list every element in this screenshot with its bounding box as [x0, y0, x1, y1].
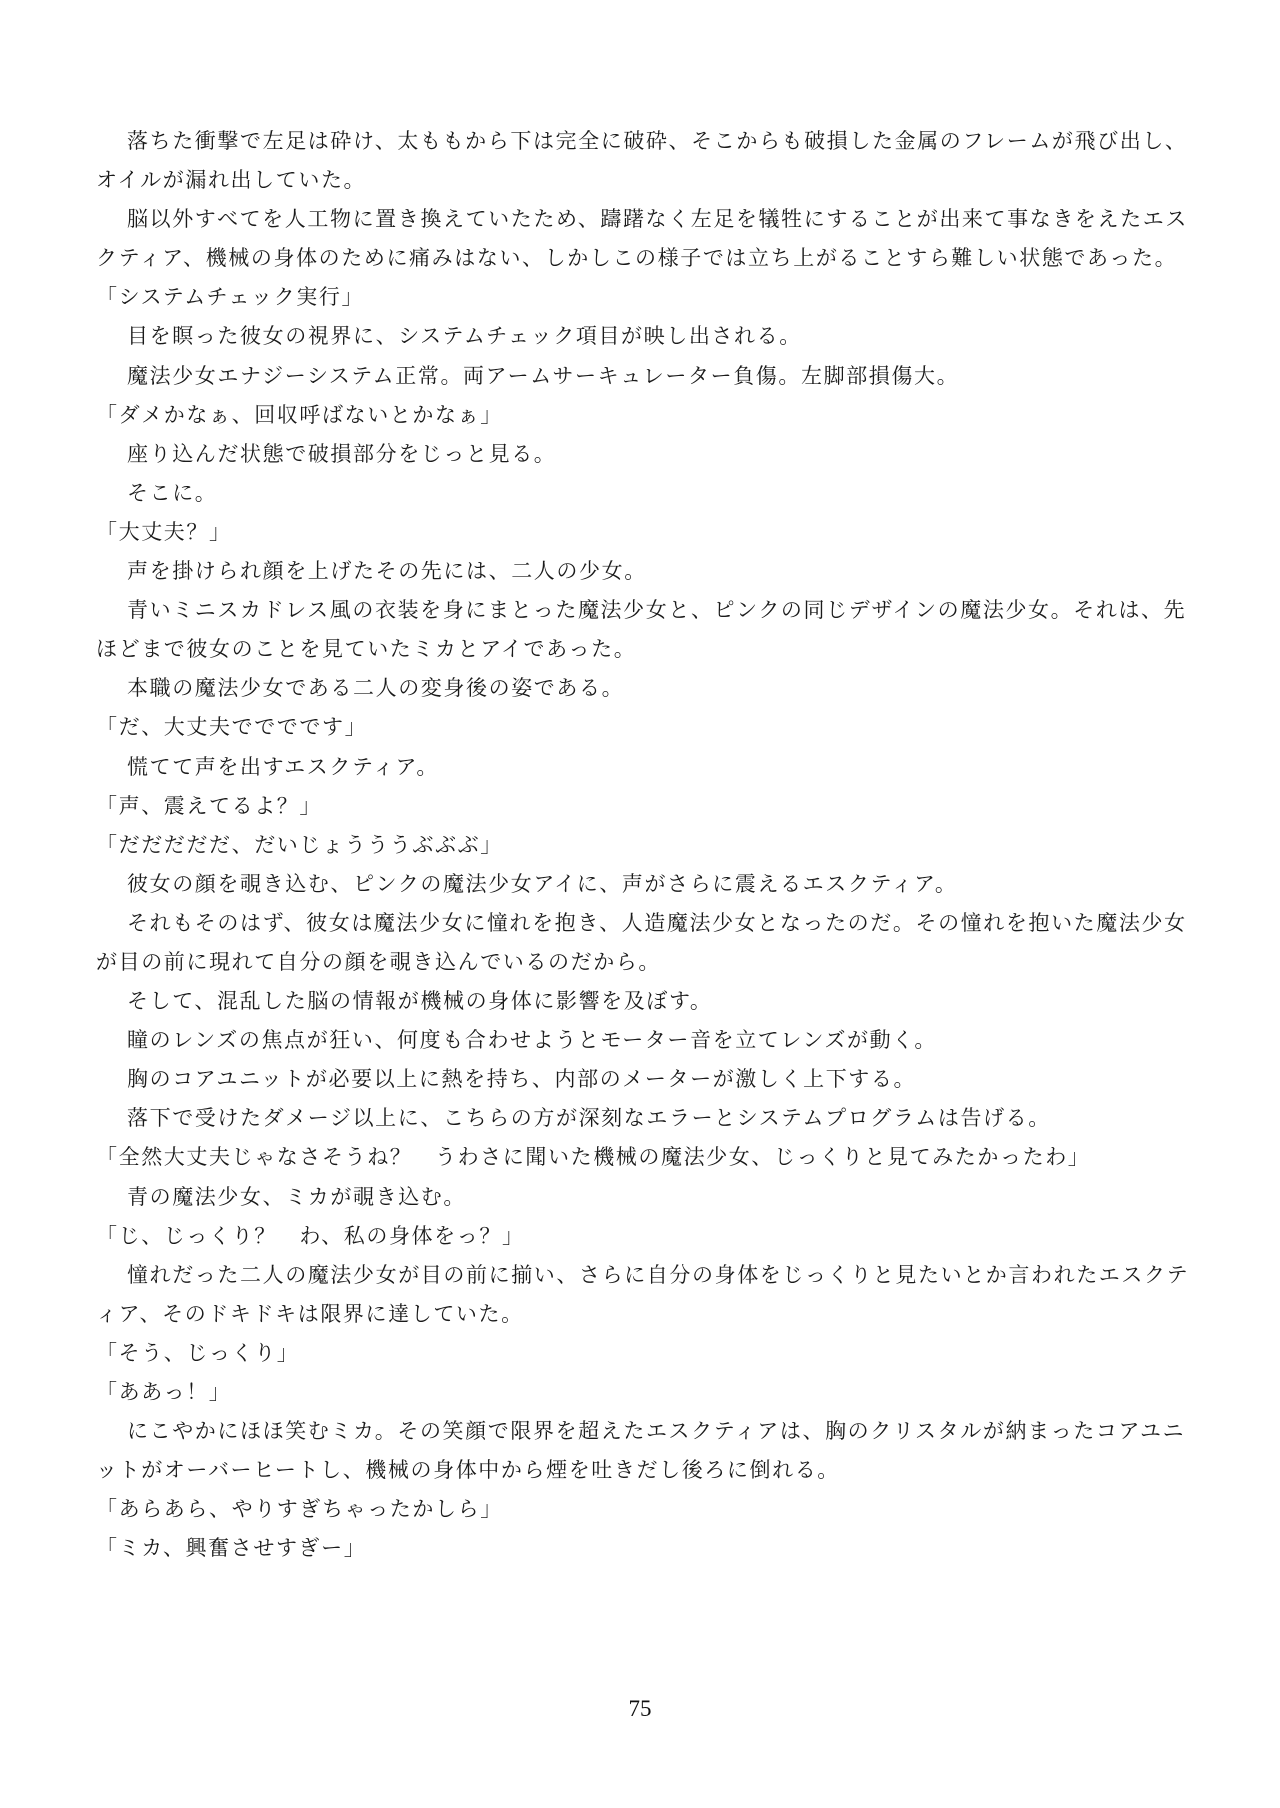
- paragraph-line: 彼女の顔を覗き込む、ピンクの魔法少女アイに、声がさらに震えるエスクティア。: [96, 865, 1192, 904]
- paragraph-line: オイルが漏れ出していた。: [96, 161, 1192, 200]
- paragraph-line: そこに。: [96, 474, 1192, 513]
- body-text: 落ちた衝撃で左足は砕け、太ももから下は完全に破砕、そこからも破損した金属のフレー…: [96, 122, 1192, 1568]
- paragraph-line: 慌てて声を出すエスクティア。: [96, 748, 1192, 787]
- dialogue-line: 「そう、じっくり」: [96, 1334, 1192, 1373]
- paragraph-line: それもそのはず、彼女は魔法少女に憧れを抱き、人造魔法少女となったのだ。その憧れを…: [96, 904, 1192, 943]
- document-page: 落ちた衝撃で左足は砕け、太ももから下は完全に破砕、そこからも破損した金属のフレー…: [0, 0, 1280, 1808]
- paragraph-line: 青の魔法少女、ミカが覗き込む。: [96, 1178, 1192, 1217]
- dialogue-line: 「大丈夫？」: [96, 513, 1192, 552]
- dialogue-line: 「じ、じっくり？ わ、私の身体をっ？」: [96, 1217, 1192, 1256]
- paragraph-line: 胸のコアユニットが必要以上に熱を持ち、内部のメーターが激しく上下する。: [96, 1060, 1192, 1099]
- paragraph-line: そして、混乱した脳の情報が機械の身体に影響を及ぼす。: [96, 982, 1192, 1021]
- paragraph-line: 本職の魔法少女である二人の変身後の姿である。: [96, 669, 1192, 708]
- paragraph-line: 瞳のレンズの焦点が狂い、何度も合わせようとモーター音を立てレンズが動く。: [96, 1021, 1192, 1060]
- paragraph-line: 青いミニスカドレス風の衣装を身にまとった魔法少女と、ピンクの同じデザインの魔法少…: [96, 591, 1192, 630]
- dialogue-line: 「だ、大丈夫でででです」: [96, 708, 1192, 747]
- paragraph-line: ィア、そのドキドキは限界に達していた。: [96, 1295, 1192, 1334]
- dialogue-line: 「あらあら、やりすぎちゃったかしら」: [96, 1490, 1192, 1529]
- paragraph-line: 目を瞑った彼女の視界に、システムチェック項目が映し出される。: [96, 317, 1192, 356]
- paragraph-line: 憧れだった二人の魔法少女が目の前に揃い、さらに自分の身体をじっくりと見たいとか言…: [96, 1256, 1192, 1295]
- paragraph-line: にこやかにほほ笑むミカ。その笑顔で限界を超えたエスクティアは、胸のクリスタルが納…: [96, 1412, 1192, 1451]
- paragraph-line: が目の前に現れて自分の顔を覗き込んでいるのだから。: [96, 943, 1192, 982]
- paragraph-line: クティア、機械の身体のために痛みはない、しかしこの様子では立ち上がることすら難し…: [96, 239, 1192, 278]
- dialogue-line: 「全然大丈夫じゃなさそうね？ うわさに聞いた機械の魔法少女、じっくりと見てみたか…: [96, 1138, 1192, 1177]
- dialogue-line: 「ミカ、興奮させすぎー」: [96, 1529, 1192, 1568]
- dialogue-line: 「ああっ！」: [96, 1373, 1192, 1412]
- paragraph-line: 魔法少女エナジーシステム正常。両アームサーキュレーター負傷。左脚部損傷大。: [96, 357, 1192, 396]
- paragraph-line: ットがオーバーヒートし、機械の身体中から煙を吐きだし後ろに倒れる。: [96, 1451, 1192, 1490]
- paragraph-line: 落ちた衝撃で左足は砕け、太ももから下は完全に破砕、そこからも破損した金属のフレー…: [96, 122, 1192, 161]
- paragraph-line: 脳以外すべてを人工物に置き換えていたため、躊躇なく左足を犠牲にすることが出来て事…: [96, 200, 1192, 239]
- dialogue-line: 「システムチェック実行」: [96, 278, 1192, 317]
- page-number: 75: [0, 1696, 1280, 1722]
- dialogue-line: 「だだだだだ、だいじょうううぶぶぶ」: [96, 826, 1192, 865]
- paragraph-line: ほどまで彼女のことを見ていたミカとアイであった。: [96, 630, 1192, 669]
- paragraph-line: 座り込んだ状態で破損部分をじっと見る。: [96, 435, 1192, 474]
- paragraph-line: 落下で受けたダメージ以上に、こちらの方が深刻なエラーとシステムプログラムは告げる…: [96, 1099, 1192, 1138]
- dialogue-line: 「声、震えてるよ？」: [96, 787, 1192, 826]
- paragraph-line: 声を掛けられ顔を上げたその先には、二人の少女。: [96, 552, 1192, 591]
- dialogue-line: 「ダメかなぁ、回収呼ばないとかなぁ」: [96, 396, 1192, 435]
